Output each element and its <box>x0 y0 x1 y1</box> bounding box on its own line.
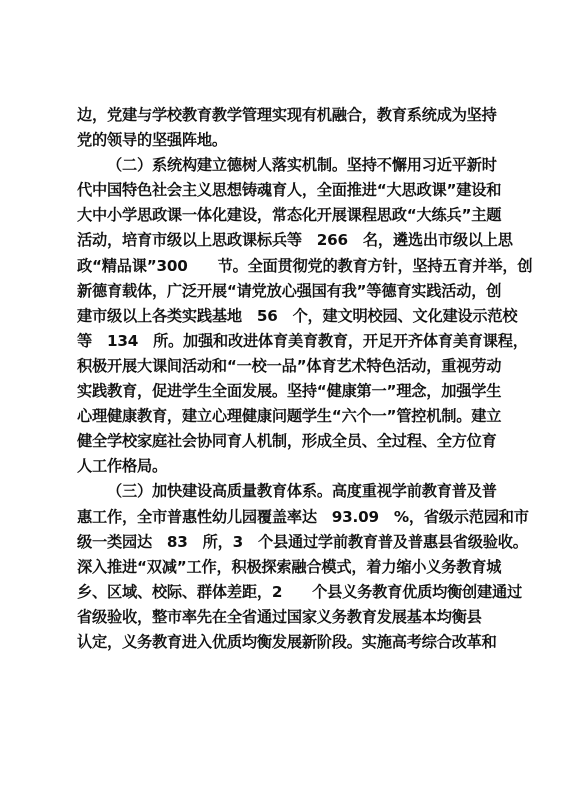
text-line: 政“精品课”300 节。全面贯彻党的教育方针，坚持五育并举，创 <box>77 254 497 279</box>
text-line: 乡、区域、校际、群体差距，2 个县义务教育优质均衡创建通过 <box>77 580 497 605</box>
text-line: 认定，义务教育进入优质均衡发展新阶段。实施高考综合改革和 <box>77 630 497 655</box>
text-line: 新德育载体，广泛开展“请党放心强国有我”等德育实践活动，创 <box>77 279 497 304</box>
text-line: 等 134 所。加强和改进体育美育教育，开足开齐体育美育课程， <box>77 329 497 354</box>
text-line: 边，党建与学校教育教学管理实现有机融合，教育系统成为坚持 <box>77 103 497 128</box>
section-heading-line: （二）系统构建立德树人落实机制。坚持不懈用习近平新时 <box>77 153 497 178</box>
text-line: 大中小学思政课一体化建设，常态化开展课程思政“大练兵”主题 <box>77 203 497 228</box>
text-line: 惠工作，全市普惠性幼儿园覆盖率达 93.09 %，省级示范园和市 <box>77 505 497 530</box>
text-line: 积极开展大课间活动和“一校一品”体育艺术特色活动，重视劳动 <box>77 354 497 379</box>
text-line: 建市级以上各类实践基地 56 个，建文明校园、文化建设示范校 <box>77 304 497 329</box>
text-line: 级一类园达 83 所，3 个县通过学前教育普及普惠县省级验收。 <box>77 530 497 555</box>
document-page: 边，党建与学校教育教学管理实现有机融合，教育系统成为坚持 党的领导的坚强阵地。 … <box>77 103 497 655</box>
text-line: 深入推进“双减”工作，积极探索融合模式，着力缩小义务教育城 <box>77 555 497 580</box>
text-line: 活动，培育市级以上思政课标兵等 266 名，遴选出市级以上思 <box>77 228 497 253</box>
text-line: 心理健康教育，建立心理健康问题学生“六个一”管控机制。建立 <box>77 404 497 429</box>
text-line: 党的领导的坚强阵地。 <box>77 128 497 153</box>
text-line: 健全学校家庭社会协同育人机制，形成全员、全过程、全方位育 <box>77 429 497 454</box>
text-line: 代中国特色社会主义思想铸魂育人，全面推进“大思政课”建设和 <box>77 178 497 203</box>
text-line: 省级验收，整市率先在全省通过国家义务教育发展基本均衡县 <box>77 605 497 630</box>
text-line: 人工作格局。 <box>77 454 497 479</box>
text-line: 实践教育，促进学生全面发展。坚持“健康第一”理念，加强学生 <box>77 379 497 404</box>
section-heading-line: （三）加快建设高质量教育体系。高度重视学前教育普及普 <box>77 479 497 504</box>
